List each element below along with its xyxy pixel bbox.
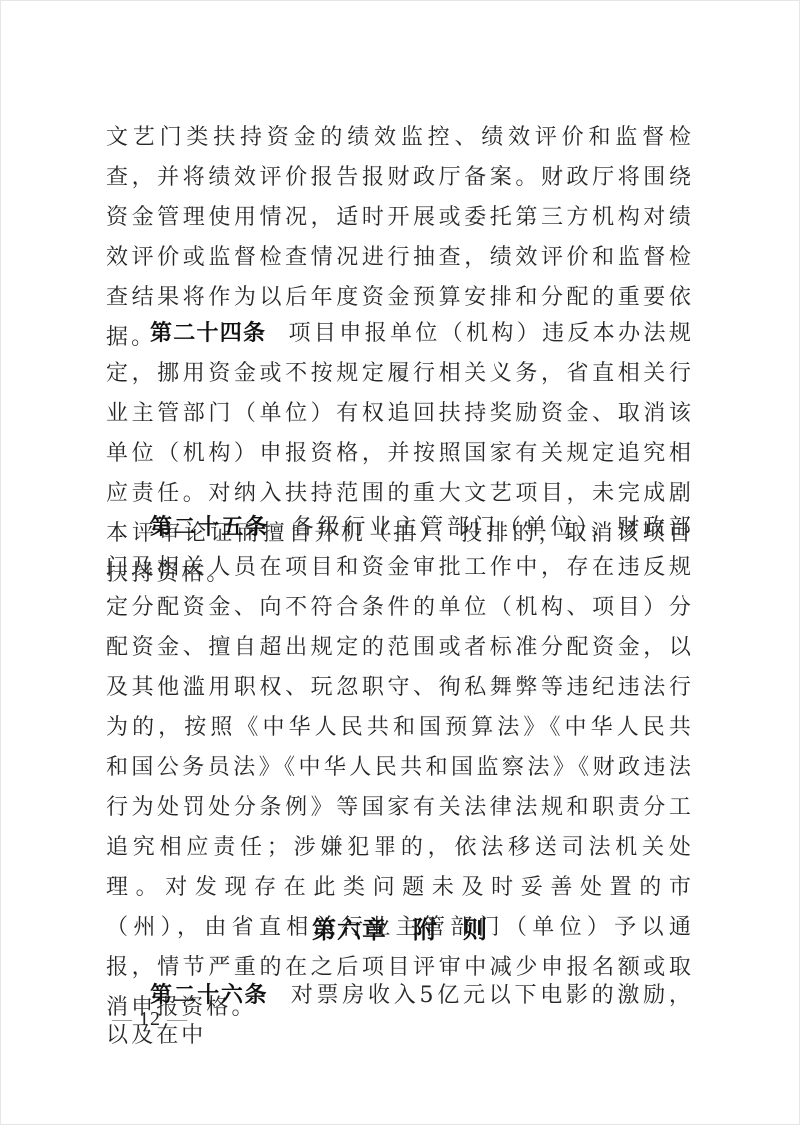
article-number: 第二十六条: [150, 983, 268, 1008]
article-26: 第二十六条对票房收入5亿元以下电影的激励，以及在中: [106, 976, 694, 1056]
page-number-dash-left: —: [112, 1008, 133, 1030]
article-number: 第二十五条: [150, 515, 269, 540]
article-25: 第二十五条各级行业主管部门（单位）、财政部门及相关人员在项目和资金审批工作中，存…: [106, 508, 694, 1028]
chapter-title: 附 则: [413, 916, 488, 944]
chapter-number: 第六章: [312, 916, 387, 944]
page-number-value: 12: [139, 1008, 161, 1030]
page-number-dash-right: —: [167, 1008, 188, 1030]
chapter-heading: 第六章附 则: [106, 910, 694, 945]
article-number: 第二十四条: [150, 321, 266, 346]
page-number: — 12 —: [112, 1008, 188, 1031]
